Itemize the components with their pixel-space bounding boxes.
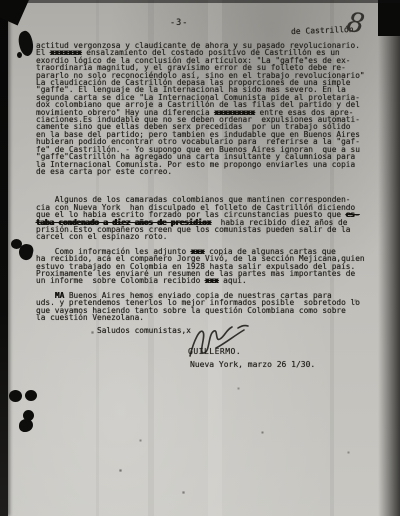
- letter-body: actitud vergonzosa y claudicante de ahor…: [36, 42, 374, 335]
- ink-blob: [9, 390, 22, 402]
- handwritten-page-numeral: 8: [344, 7, 366, 41]
- ink-blob: [19, 419, 33, 432]
- scan-corner-top-right: [378, 0, 400, 36]
- paragraph: actitud vergonzosa y claudicante de ahor…: [36, 42, 374, 175]
- page-number: -3-: [170, 18, 188, 28]
- paper-specks: [0, 0, 1, 1]
- ink-blob: [17, 243, 34, 262]
- paragraph: MA Buenos Aires hemos enviado copia de n…: [36, 292, 374, 322]
- paragraph: Como información les adjunto xxx copia d…: [36, 248, 374, 285]
- paragraph: Algunos de los camaradas colombianos que…: [36, 196, 374, 240]
- signature-scribble-icon: [186, 322, 256, 362]
- dateline: Nueva York, marzo 26 1/30.: [190, 360, 315, 369]
- text-line: de esa carta por este correo.: [36, 168, 374, 175]
- scan-edge-left: [0, 0, 8, 516]
- scan-edge-right: [378, 0, 400, 516]
- text-line: carcel con el espinazo roto.: [36, 233, 374, 240]
- text-line: la cuestión Venezolana.: [36, 314, 374, 321]
- ink-blob: [17, 52, 22, 58]
- scan-edge-top: [0, 0, 400, 3]
- scanned-letter-page: -3- de Castrillón 8 actitud vergonzosa y…: [0, 0, 400, 516]
- text-line: un informe sobre Colombia recibido xxx a…: [36, 277, 374, 284]
- ink-blob: [25, 390, 37, 401]
